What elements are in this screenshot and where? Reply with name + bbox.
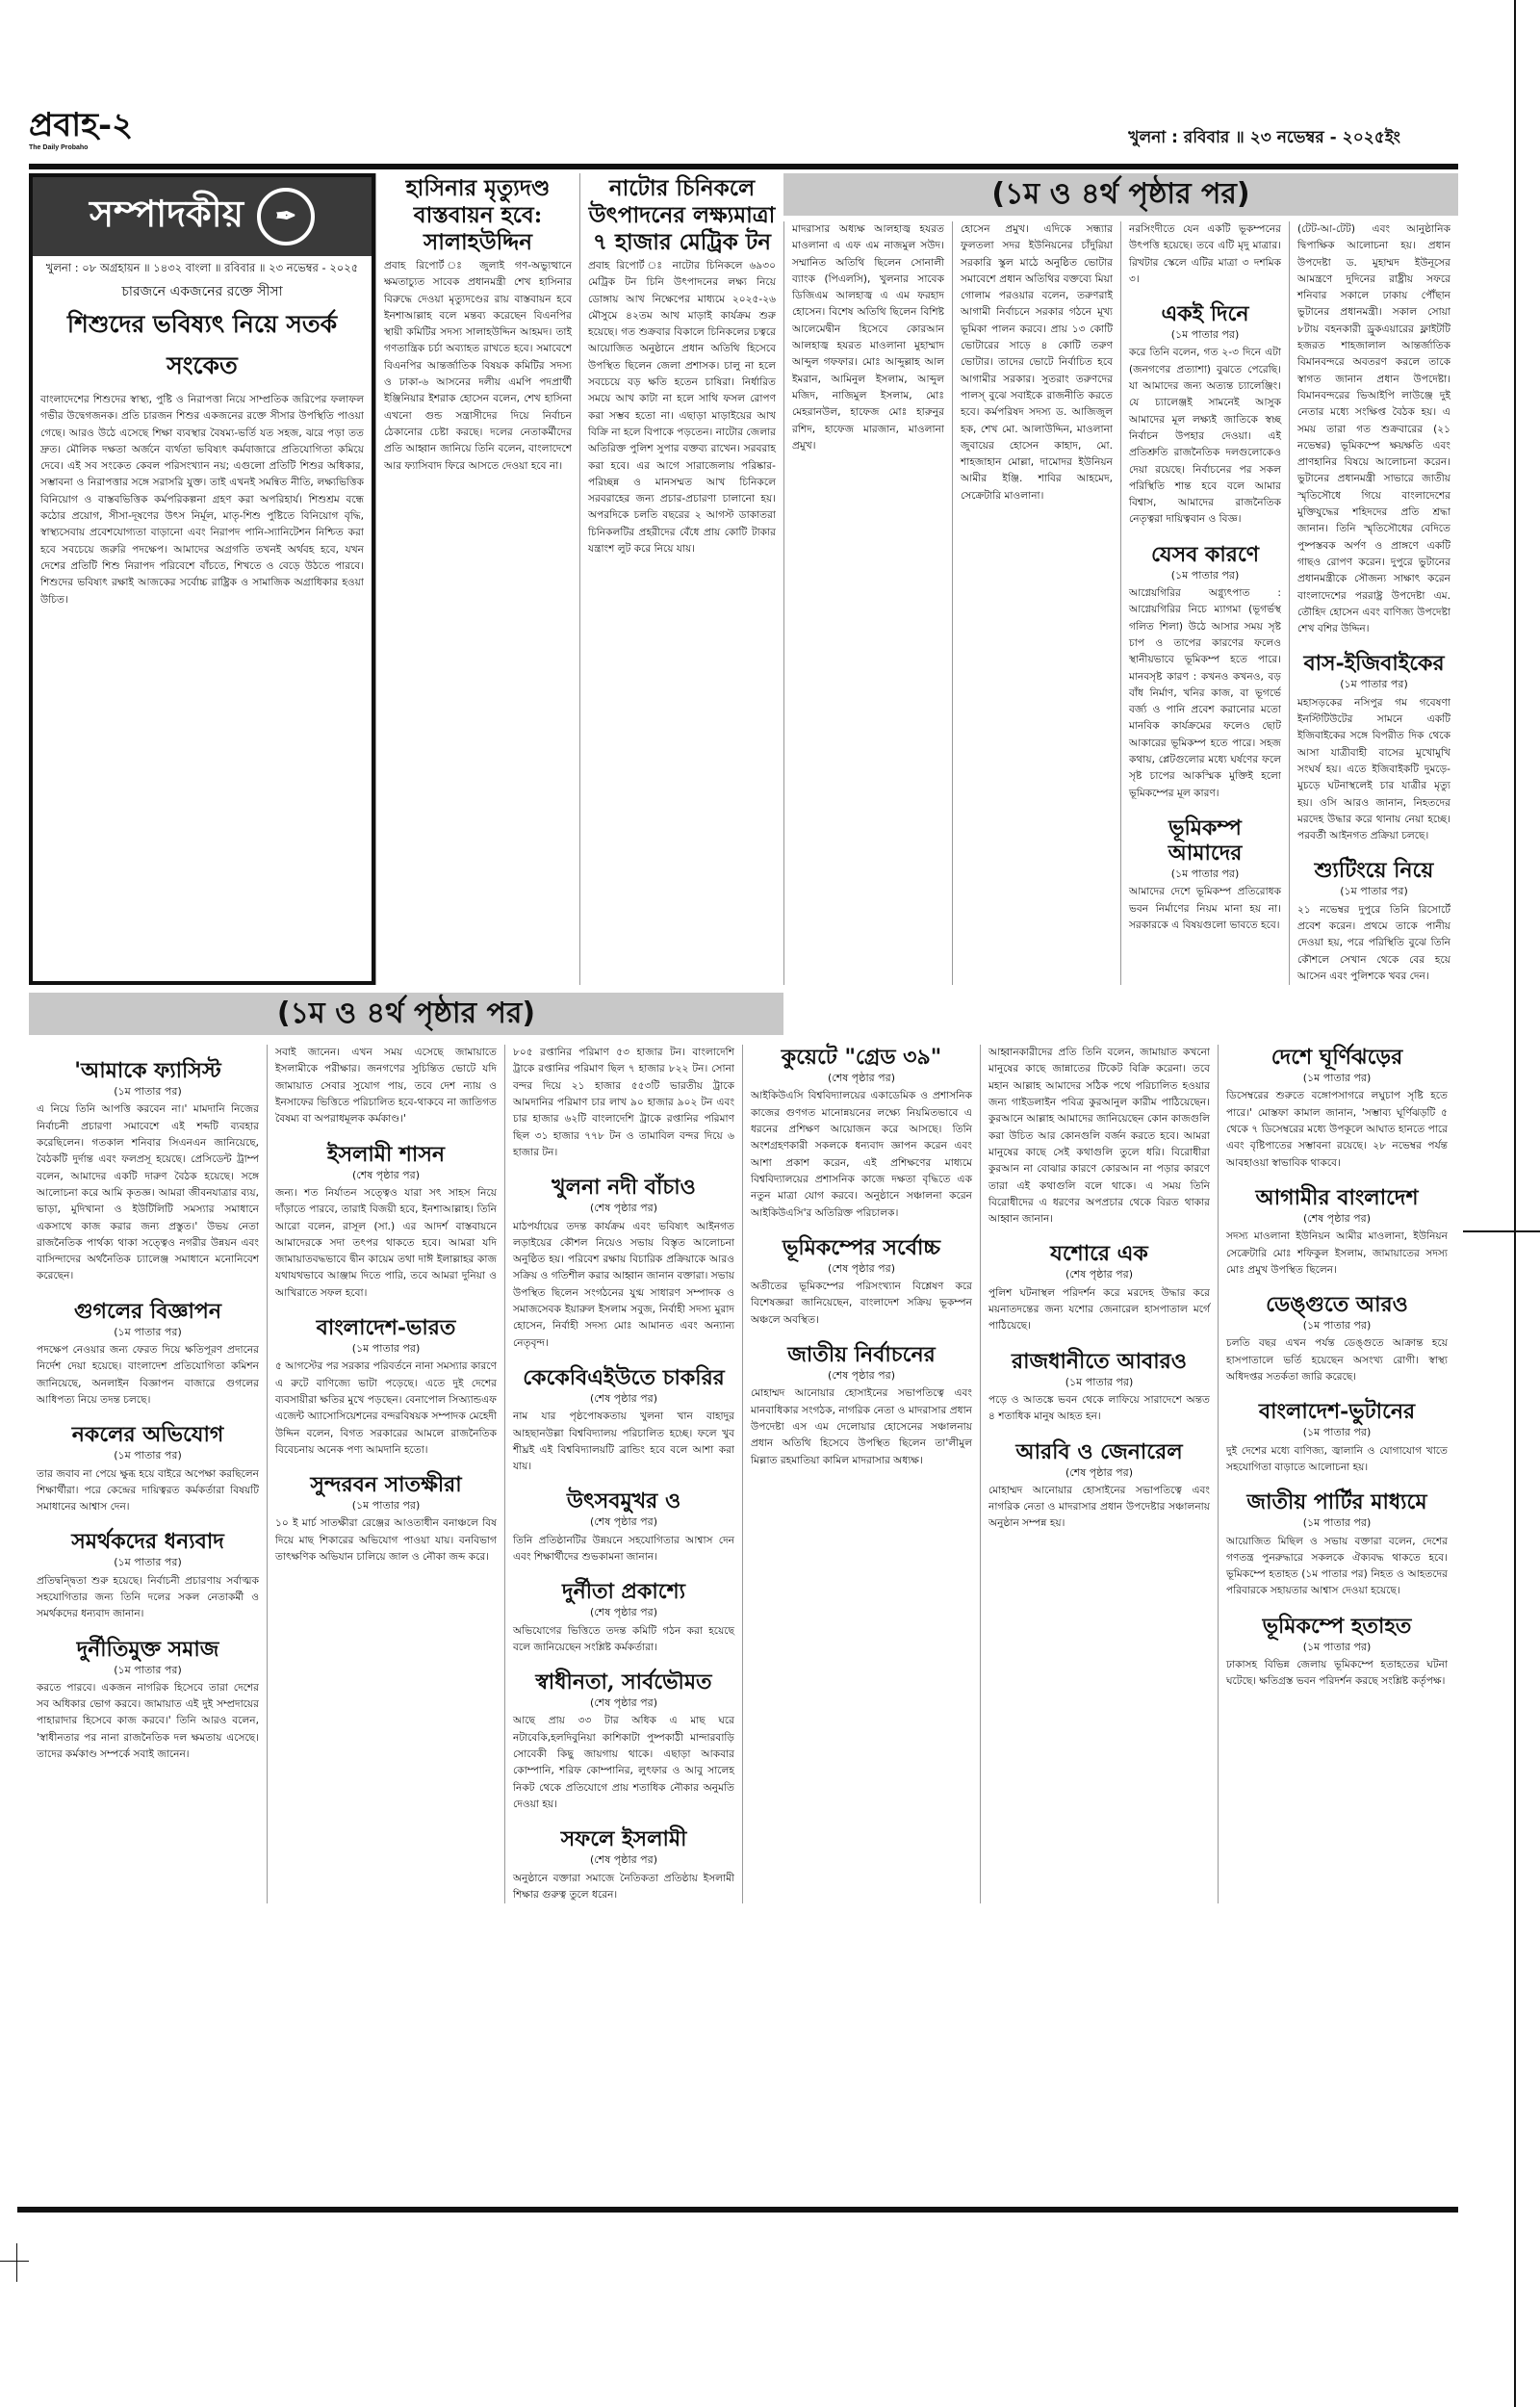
logo-subtitle: The Daily Probaho (29, 144, 133, 152)
lower-column-1: 'আমাকে ফ্যাসিস্ট (১ম পাতার পর) এ নিয়ে ত… (29, 1045, 267, 1903)
article-headline[interactable]: ভূমিকম্প আমাদের (1129, 815, 1281, 866)
article-body: প্রতিদ্বন্দ্বিতা শুরু হয়েছে। নির্বাচনী … (37, 1573, 259, 1623)
continued-from-label: (শেষ পৃষ্ঠার পর) (275, 1167, 497, 1183)
continuation-section: (১ম ও ৪র্থ পৃষ্ঠার পর) মাদরাসার অধ্যক্ষ … (783, 173, 1458, 985)
article-body: আমাদের দেশে ভূমিকম্প প্রতিরোধক ভবন নির্ম… (1129, 884, 1281, 934)
article-headline[interactable]: নাটোর চিনিকলে উৎপাদনের লক্ষ্যমাত্রা ৭ হা… (588, 175, 776, 256)
masthead: প্রবাহ-২ The Daily Probaho খুলনা : রবিবা… (29, 106, 1458, 162)
logo-text: প্রবাহ-২ (29, 106, 133, 144)
article-body: ঢাকাসহ বিভিন্ন জেলায় ভূমিকম্পে হতাহতের … (1226, 1657, 1448, 1691)
article-headline[interactable]: স্বাধীনতা, সার্বভৌমত (513, 1669, 734, 1695)
article-headline[interactable]: আরবি ও জেনারেল (988, 1439, 1210, 1464)
article-body: আছে প্রায় ৩৩ টার অধিক এ মাছ ঘরে নটাবেকি… (513, 1713, 734, 1813)
article-headline[interactable]: শ্যুটিংয়ে নিয়ে (1297, 858, 1450, 883)
article-body: ডিসেম্বরের শুরুতে বঙ্গোপসাগরে লঘুচাপ সৃষ… (1226, 1088, 1448, 1171)
editorial-date: খুলনা : ০৮ অগ্রহায়ন ॥ ১৪৩২ বাংলা ॥ রবিব… (33, 256, 372, 278)
continued-from-label: (১ম পাতার পর) (37, 1554, 259, 1570)
article-body: পদক্ষেপ নেওয়ার জন্য ফেরত দিয়ে ক্ষতিপূর… (37, 1342, 259, 1409)
article-headline[interactable]: ভূমিকম্পের সর্বোচ্চ (751, 1235, 972, 1260)
article-headline[interactable]: সমর্থকদের ধন্যবাদ (37, 1529, 259, 1554)
continued-from-label: (১ম পাতার পর) (1226, 1514, 1448, 1531)
newspaper-page: প্রবাহ-২ The Daily Probaho খুলনা : রবিবা… (29, 106, 1458, 1903)
continued-from-label: (১ম পাতার পর) (1226, 1070, 1448, 1086)
continued-from-label: (১ম পাতার পর) (37, 1662, 259, 1678)
article-body: চলতি বছর এখন পর্যন্ত ডেঙ্গুতে আক্রান্ত হ… (1226, 1335, 1448, 1385)
article-headline[interactable]: একই দিনে (1129, 301, 1281, 326)
lower-column-5: আহ্বানকারীদের প্রতি তিনি বলেন, জামায়াত … (980, 1045, 1218, 1903)
lower-column-4: কুয়েটে "গ্রেড ৩৯" (শেষ পৃষ্ঠার পর) আইকি… (742, 1045, 980, 1903)
continued-from-label: (১ম পাতার পর) (37, 1324, 259, 1340)
article-body: (টেট-আ-টেট) এবং আনুষ্ঠানিক দ্বিপাক্ষিক আ… (1297, 221, 1450, 637)
article-body: প্রবাহ রিপোর্ট ঃ জুলাই গণ-অভ্যুত্থানে ক্… (384, 258, 572, 475)
continued-from-label: (শেষ পৃষ্ঠার পর) (988, 1266, 1210, 1282)
continued-from-label: (শেষ পৃষ্ঠার পর) (513, 1200, 734, 1216)
fountain-pen-icon: ✒ (257, 188, 315, 246)
continued-article: মাদরাসার অধ্যক্ষ আলহাজ্ব হযরত মাওলানা এ … (783, 221, 952, 985)
editorial-title: শিশুদের ভবিষ্যৎ নিয়ে সতর্ক সংকেত (33, 305, 372, 392)
continued-from-label: (শেষ পৃষ্ঠার পর) (513, 1851, 734, 1868)
continuation-banner-lower: (১ম ও ৪র্থ পৃষ্ঠার পর) (29, 993, 783, 1035)
continued-from-label: (শেষ পৃষ্ঠার পর) (988, 1464, 1210, 1481)
article-body: করতে পারবে। একজন নাগরিক হিসেবে তারা দেশে… (37, 1680, 259, 1763)
continued-from-label: (শেষ পৃষ্ঠার পর) (513, 1604, 734, 1620)
crop-mark-right-vertical (1514, 0, 1516, 2407)
continued-from-label: (১ম পাতার পর) (1226, 1639, 1448, 1655)
editorial-subtitle: চারজনে একজনের রক্তে সীসা (33, 278, 372, 305)
continued-from-label: (১ম পাতার পর) (1226, 1317, 1448, 1333)
article-body: মাঠপর্যায়ের তদন্ত কার্যক্রম এবং ভবিষ্যৎ… (513, 1219, 734, 1352)
continued-from-label: (শেষ পৃষ্ঠার পর) (513, 1514, 734, 1530)
crop-mark-left-vertical (16, 2243, 17, 2282)
article-body: অভিযোগের ভিত্তিতে তদন্ত কমিটি গঠন করা হয… (513, 1623, 734, 1657)
article-body: মোহাম্মদ আনোয়ার হোসাইনের সভাপতিত্বে এবং… (988, 1483, 1210, 1533)
article-headline[interactable]: রাজধানীতে আবারও (988, 1349, 1210, 1374)
continued-column-3: নরসিংদীতে যেন একটি ভূকম্পনের উৎপত্তি হয়… (1120, 221, 1289, 985)
article-headline[interactable]: ইসলামী শাসন (275, 1142, 497, 1167)
article-headline[interactable]: নকলের অভিযোগ (37, 1422, 259, 1447)
continued-from-label: (শেষ পৃষ্ঠার পর) (751, 1260, 972, 1277)
article-body: তিনি প্রতিষ্ঠানটির উন্নয়নে সহযোগিতার আশ… (513, 1533, 734, 1566)
editorial-box: সম্পাদকীয় ✒ খুলনা : ০৮ অগ্রহায়ন ॥ ১৪৩২… (29, 173, 375, 985)
article-headline[interactable]: আগামীর বাংলাদেশ (1226, 1185, 1448, 1210)
article-body: এ নিয়ে তিনি আপত্তি করবেন না।' মামদানি ন… (37, 1101, 259, 1284)
article-headline[interactable]: বাস-ইজিবাইকের (1297, 651, 1450, 676)
news-article-natore-sugar-mill: নাটোর চিনিকলে উৎপাদনের লক্ষ্যমাত্রা ৭ হা… (579, 173, 783, 985)
article-body: করে তিনি বলেন, গত ২-৩ দিনে এটা (জনগণের প… (1129, 345, 1281, 528)
article-body: মাদরাসার অধ্যক্ষ আলহাজ্ব হযরত মাওলানা এ … (792, 221, 944, 454)
article-headline[interactable]: উৎসবমুখর ও (513, 1488, 734, 1514)
crop-mark-right-horizontal (1463, 1230, 1540, 1232)
article-headline[interactable]: ডেঙ্গুতে আরও (1226, 1292, 1448, 1317)
article-body: দুই দেশের মধ্যে বাণিজ্য, জ্বালানি ও যোগা… (1226, 1443, 1448, 1477)
article-body: প্রবাহ রিপোর্ট ঃ নাটোর চিনিকলে ৬৯৩০ মেট্… (588, 258, 776, 557)
continued-from-label: (১ম পাতার পর) (1297, 883, 1450, 899)
article-body: নাম যার পৃষ্ঠপোষকতায় খুলনা খান বাহাদুর … (513, 1409, 734, 1475)
continuation-banner: (১ম ও ৪র্থ পৃষ্ঠার পর) (783, 173, 1458, 216)
top-section: সম্পাদকীয় ✒ খুলনা : ০৮ অগ্রহায়ন ॥ ১৪৩২… (29, 173, 1458, 985)
article-body: ২১ নভেম্বর দুপুরে তিনি রিসোর্টে প্রবেশ ক… (1297, 902, 1450, 985)
article-body: আহ্বানকারীদের প্রতি তিনি বলেন, জামায়াত … (988, 1045, 1210, 1228)
continued-from-label: (১ম পাতার পর) (1129, 567, 1281, 583)
article-headline[interactable]: বাংলাদেশ-ভুটানের (1226, 1399, 1448, 1424)
continued-from-label: (শেষ পৃষ্ঠার পর) (1226, 1210, 1448, 1227)
dateline: খুলনা : রবিবার ॥ ২৩ নভেম্বর - ২০২৫ইং (1128, 125, 1400, 152)
continued-from-label: (১ম পাতার পর) (1226, 1424, 1448, 1440)
newspaper-logo[interactable]: প্রবাহ-২ The Daily Probaho (29, 106, 133, 152)
article-body: ৫ আগস্টের পর সরকার পরিবর্তনে নানা সমস্যা… (275, 1359, 497, 1459)
article-headline[interactable]: 'আমাকে ফ্যাসিস্ট (37, 1058, 259, 1083)
continued-from-label: (১ম পাতার পর) (275, 1340, 497, 1357)
article-body: অতীতের ভূমিকম্পের পরিসংখ্যান বিশ্লেষণ কর… (751, 1279, 972, 1329)
article-body: ১০ ই মার্চ সাতক্ষীরা রেঞ্জের আওতাধীন বনা… (275, 1515, 497, 1566)
article-headline[interactable]: যেসব কারণে (1129, 542, 1281, 567)
article-body: সদস্য মাওলানা ইউনিয়ন আমীর মাওলানা, ইউনি… (1226, 1229, 1448, 1279)
editorial-body: বাংলাদেশের শিশুদের স্বাস্থ্য, পুষ্টি ও ন… (33, 392, 372, 614)
article-headline[interactable]: দুর্নীতিমুক্ত সমাজ (37, 1637, 259, 1662)
article-headline[interactable]: কেকেবিএইউতে চাকরির (513, 1365, 734, 1390)
lower-columns: 'আমাকে ফ্যাসিস্ট (১ম পাতার পর) এ নিয়ে ত… (29, 1045, 1458, 1903)
article-body: আগ্নেয়গিরির অগ্ন্যুৎপাত : আগ্নেয়গিরির … (1129, 585, 1281, 802)
article-body: মোহাম্মদ আনোয়ার হোসাইনের সভাপতিত্বে এবং… (751, 1385, 972, 1468)
article-body: জন্য। শত নির্যাতন সত্ত্বেও যারা সৎ সাহস … (275, 1185, 497, 1302)
article-headline[interactable]: সফলে ইসলামী (513, 1826, 734, 1851)
news-article-hasina: হাসিনার মৃত্যুদণ্ড বাস্তবায়ন হবে: সালাহ… (375, 173, 579, 985)
article-headline[interactable]: দুর্নীতা প্রকাশ্যে (513, 1579, 734, 1604)
article-body: আইকিউএসি বিশ্ববিদ্যালয়ের একাডেমিক ও প্র… (751, 1088, 972, 1221)
article-body: তার জবাব না পেয়ে ক্ষুব্ধ হয়ে বাইরে অপে… (37, 1466, 259, 1516)
continued-from-label: (১ম পাতার পর) (1129, 866, 1281, 882)
lower-column-6: দেশে ঘূর্ণিঝড়ের (১ম পাতার পর) ডিসেম্বরে… (1218, 1045, 1455, 1903)
continued-from-label: (১ম পাতার পর) (37, 1083, 259, 1100)
continued-from-label: (শেষ পৃষ্ঠার পর) (513, 1695, 734, 1711)
article-body: নরসিংদীতে যেন একটি ভূকম্পনের উৎপত্তি হয়… (1129, 221, 1281, 288)
lower-column-3: ৮০৫ রপ্তানির পরিমাণ ৫৩ হাজার টন। বাংলাদে… (504, 1045, 742, 1903)
crop-mark-left-horizontal (0, 2261, 29, 2262)
article-headline[interactable]: জাতীয় নির্বাচনের (751, 1342, 972, 1367)
continued-from-label: (শেষ পৃষ্ঠার পর) (513, 1390, 734, 1407)
editorial-banner: সম্পাদকীয় ✒ (33, 177, 372, 256)
continued-column-4: (টেট-আ-টেট) এবং আনুষ্ঠানিক দ্বিপাক্ষিক আ… (1289, 221, 1458, 985)
article-body: পড়ে ও আতঙ্কে ভবন থেকে লাফিয়ে সারাদেশে … (988, 1392, 1210, 1426)
lower-column-2: সবাই জানেন। এখন সময় এসেছে জামায়াতে ইসল… (267, 1045, 504, 1903)
continued-from-label: (১ম পাতার পর) (37, 1447, 259, 1463)
article-body: ৮০৫ রপ্তানির পরিমাণ ৫৩ হাজার টন। বাংলাদে… (513, 1045, 734, 1161)
article-headline[interactable]: কুয়েটে "গ্রেড ৩৯" (751, 1045, 972, 1070)
article-body: হোসেন প্রমুখ। এদিকে সন্ধ্যার ফুলতলা সদর … (961, 221, 1113, 505)
article-headline[interactable]: জাতীয় পার্টির মাধ্যমে (1226, 1489, 1448, 1514)
continued-from-label: (১ম পাতার পর) (988, 1374, 1210, 1390)
page-bottom-rule (17, 2207, 1458, 2213)
article-body: মহাসড়কের নসিপুর গম গবেষণা ইনস্টিটিউটের … (1297, 695, 1450, 845)
article-body: আয়োজিত মিছিল ও সভায় বক্তারা বলেন, দেশে… (1226, 1534, 1448, 1600)
article-headline[interactable]: সুন্দরবন সাতক্ষীরা (275, 1472, 497, 1497)
masthead-rule (29, 164, 1458, 169)
editorial-banner-title: সম্পাদকীয় (90, 186, 244, 247)
continued-from-label: (শেষ পৃষ্ঠার পর) (751, 1070, 972, 1086)
article-headline[interactable]: বাংলাদেশ-ভারত (275, 1315, 497, 1340)
article-body: পুলিশ ঘটনাস্থল পরিদর্শন করে মরদেহ উদ্ধার… (988, 1285, 1210, 1335)
article-headline[interactable]: হাসিনার মৃত্যুদণ্ড বাস্তবায়ন হবে: সালাহ… (384, 175, 572, 256)
article-headline[interactable]: যশোরে এক (988, 1241, 1210, 1266)
article-body: অনুষ্ঠানে বক্তারা সমাজে নৈতিকতা প্রতিষ্ঠ… (513, 1871, 734, 1904)
article-body: সবাই জানেন। এখন সময় এসেছে জামায়াতে ইসল… (275, 1045, 497, 1127)
continued-from-label: (১ম পাতার পর) (1129, 326, 1281, 343)
continued-article: হোসেন প্রমুখ। এদিকে সন্ধ্যার ফুলতলা সদর … (952, 221, 1120, 985)
continued-from-label: (১ম পাতার পর) (275, 1497, 497, 1514)
article-headline[interactable]: খুলনা নদী বাঁচাও (513, 1175, 734, 1200)
continued-from-label: (শেষ পৃষ্ঠার পর) (751, 1367, 972, 1384)
continued-from-label: (১ম পাতার পর) (1297, 676, 1450, 692)
article-headline[interactable]: দেশে ঘূর্ণিঝড়ের (1226, 1045, 1448, 1070)
article-headline[interactable]: ভূমিকম্পে হতাহত (1226, 1614, 1448, 1639)
article-headline[interactable]: গুগলের বিজ্ঞাপন (37, 1299, 259, 1324)
